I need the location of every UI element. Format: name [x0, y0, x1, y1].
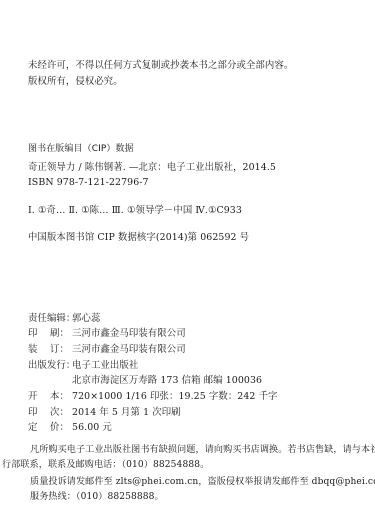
cip-isbn: ISBN 978-7-121-22796-7	[28, 177, 149, 189]
editor-value: 郭心蕊	[72, 313, 100, 324]
copyright-line-1: 未经许可，不得以任何方式复制或抄袭本书之部分或全部内容。	[28, 60, 293, 72]
cip-number: 中国版本图书馆 CIP 数据核字(2014)第 062592 号	[28, 232, 249, 244]
printer-value: 三河市鑫金马印装有限公司	[72, 328, 186, 339]
publisher-value: 电子工业出版社	[72, 360, 138, 371]
imprint-binder: 装订：三河市鑫金马印装有限公司	[28, 344, 186, 356]
imprint-price: 定价：56.00 元	[28, 422, 112, 434]
format-value: 720×1000 1/16 印张：19.25 字数：242 千字	[72, 391, 278, 402]
printer-label: 印刷：	[28, 328, 72, 340]
price-value: 56.00 元	[72, 422, 112, 433]
edition-value: 2014 年 5 月第 1 次印刷	[72, 407, 181, 418]
imprint-format: 开本：720×1000 1/16 印张：19.25 字数：242 千字	[28, 391, 278, 403]
binder-label: 装订：	[28, 344, 72, 356]
edition-label: 印次：	[28, 407, 72, 419]
copyright-line-2: 版权所有，侵权必究。	[28, 76, 123, 88]
editor-label: 责任编辑：	[28, 313, 72, 325]
format-label: 开本：	[28, 391, 72, 403]
imprint-editor: 责任编辑：郭心蕊	[28, 313, 100, 325]
cip-subjects: Ⅰ. ①奇… Ⅱ. ①陈… Ⅲ. ①领导学－中国 Ⅳ.①C933	[28, 205, 242, 217]
notice-line-2: 行部联系，联系及邮购电话：（010）88254888。	[2, 459, 209, 471]
cip-heading: 图书在版编目（CIP）数据	[28, 143, 134, 155]
imprint-printer: 印刷：三河市鑫金马印装有限公司	[28, 328, 186, 340]
notice-line-4: 服务热线：（010）88258888。	[30, 491, 164, 503]
notice-line-1: 凡所购买电子工业出版社图书有缺损问题，请向购买书店调换。若书店售缺，请与本社发	[30, 444, 375, 456]
publisher-label: 出版发行：	[28, 360, 72, 372]
binder-value: 三河市鑫金马印装有限公司	[72, 344, 186, 355]
notice-line-3: 质量投诉请发邮件至 zlts@phei.com.cn，盗版侵权举报请发邮件至 d…	[30, 476, 375, 488]
cip-title-line: 奇正领导力 / 陈伟钢著. —北京：电子工业出版社，2014.5	[28, 162, 276, 174]
imprint-publisher: 出版发行：电子工业出版社	[28, 360, 138, 372]
imprint-edition: 印次：2014 年 5 月第 1 次印刷	[28, 407, 181, 419]
imprint-address: 北京市海淀区万寿路 173 信箱 邮编 100036	[72, 375, 262, 387]
price-label: 定价：	[28, 422, 72, 434]
